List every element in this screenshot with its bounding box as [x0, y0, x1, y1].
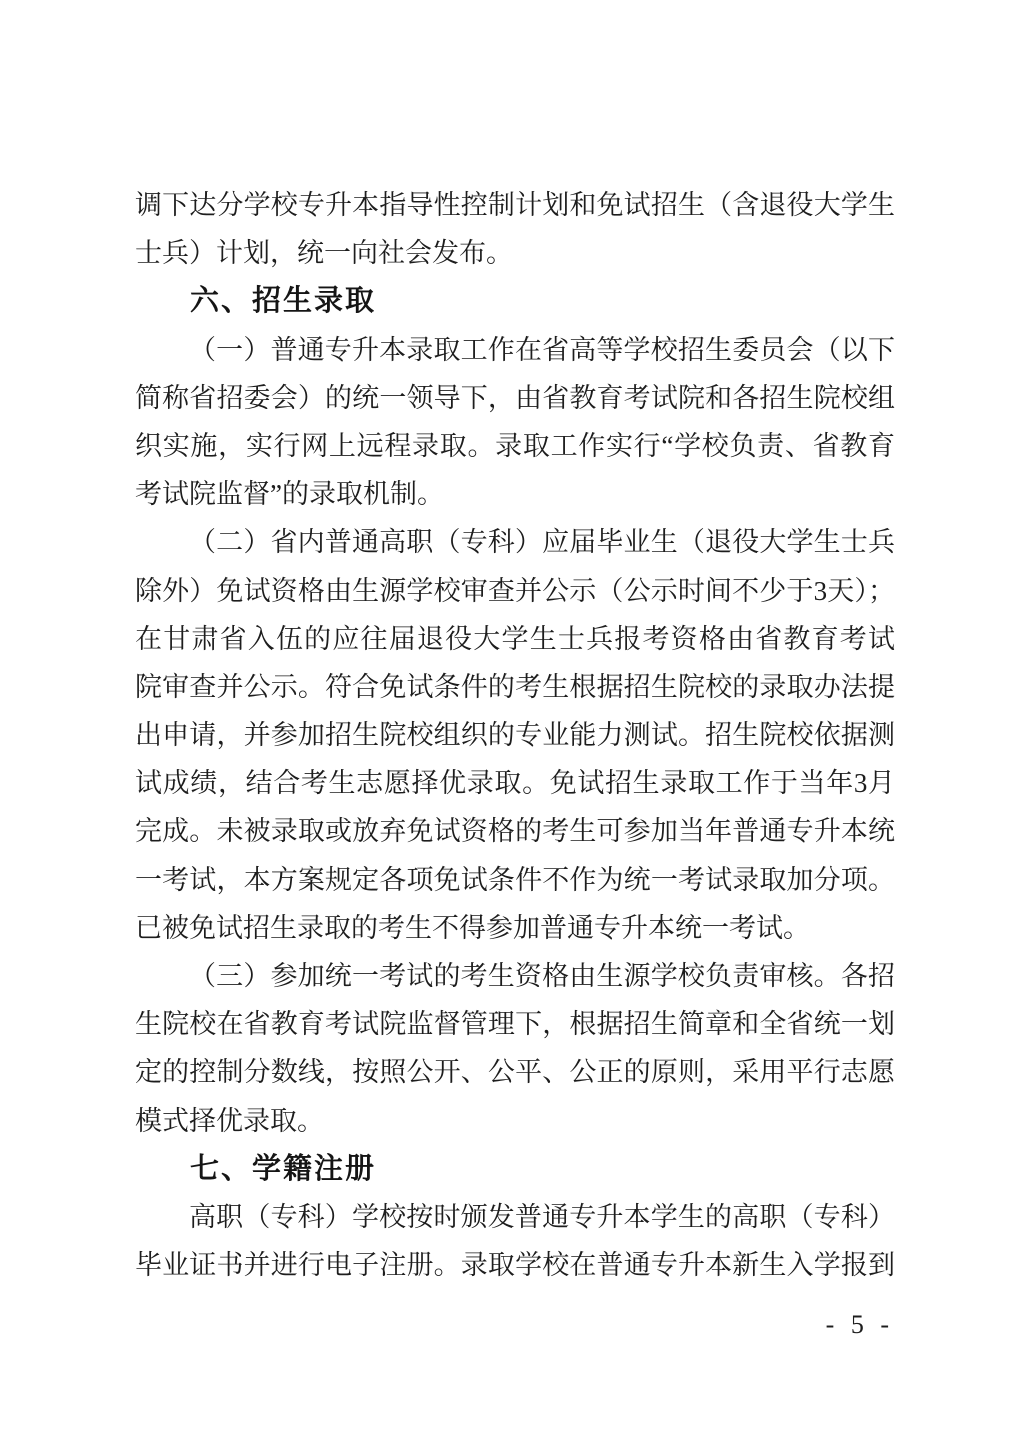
text-line: 简称省招委会）的统一领导下，由省教育考试院和各招生院校组 — [135, 374, 895, 422]
text-line: 已被免试招生录取的考生不得参加普通专升本统一考试。 — [135, 904, 895, 952]
text-line: 毕业证书并进行电子注册。录取学校在普通专升本新生入学报到 — [135, 1241, 895, 1289]
text-line: 院审查并公示。符合免试条件的考生根据招生院校的录取办法提 — [135, 663, 895, 711]
text-line: 完成。未被录取或放弃免试资格的考生可参加当年普通专升本统 — [135, 807, 895, 855]
document-body: 调下达分学校专升本指导性控制计划和免试招生（含退役大学生士兵）计划，统一向社会发… — [135, 181, 895, 1289]
text-line: 织实施，实行网上远程录取。录取工作实行“学校负责、省教育 — [135, 422, 895, 470]
text-line: 模式择优录取。 — [135, 1097, 895, 1145]
text-line: 试成绩，结合考生志愿择优录取。免试招生录取工作于当年3月 — [135, 759, 895, 807]
text-line: 出申请，并参加招生院校组织的专业能力测试。招生院校依据测 — [135, 711, 895, 759]
text-line: 考试院监督”的录取机制。 — [135, 470, 895, 518]
document-page: 调下达分学校专升本指导性控制计划和免试招生（含退役大学生士兵）计划，统一向社会发… — [0, 0, 1024, 1448]
text-line: 士兵）计划，统一向社会发布。 — [135, 229, 895, 277]
text-line: （三）参加统一考试的考生资格由生源学校负责审核。各招 — [135, 952, 895, 1000]
text-line: （二）省内普通高职（专科）应届毕业生（退役大学生士兵 — [135, 518, 895, 566]
text-line: 生院校在省教育考试院监督管理下，根据招生简章和全省统一划 — [135, 1000, 895, 1048]
section-heading: 七、学籍注册 — [135, 1145, 895, 1193]
text-line: （一）普通专升本录取工作在省高等学校招生委员会（以下 — [135, 326, 895, 374]
text-line: 除外）免试资格由生源学校审查并公示（公示时间不少于3天）； — [135, 567, 895, 615]
page-number: - 5 - — [826, 1310, 894, 1340]
section-heading: 六、招生录取 — [135, 277, 895, 325]
text-line: 一考试，本方案规定各项免试条件不作为统一考试录取加分项。 — [135, 856, 895, 904]
text-line: 调下达分学校专升本指导性控制计划和免试招生（含退役大学生 — [135, 181, 895, 229]
text-line: 在甘肃省入伍的应往届退役大学生士兵报考资格由省教育考试 — [135, 615, 895, 663]
text-line: 定的控制分数线，按照公开、公平、公正的原则，采用平行志愿 — [135, 1048, 895, 1096]
text-line: 高职（专科）学校按时颁发普通专升本学生的高职（专科） — [135, 1193, 895, 1241]
